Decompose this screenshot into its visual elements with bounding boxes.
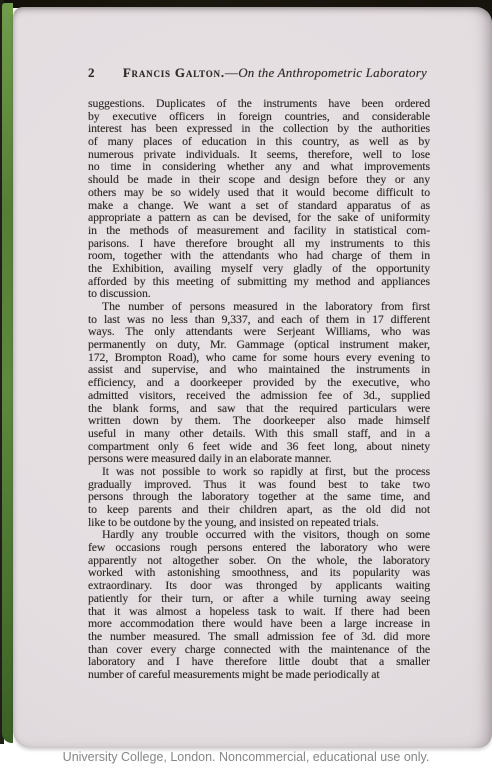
text-line: permanently on duty, Mr. Gammage (optica…: [88, 338, 430, 351]
text-line: suggestions. Duplicates of the instrumen…: [88, 97, 430, 110]
paragraph: The number of persons measured in the la…: [88, 300, 430, 465]
text-line: the Exhibition, availing myself very gla…: [88, 262, 430, 275]
book-cover-green-edge: [2, 3, 13, 743]
text-line: It was not possible to work so rapidly a…: [88, 465, 430, 478]
text-line: should be made in their scope and design…: [88, 173, 430, 186]
paragraph: Hardly any trouble occurred with the vis…: [88, 528, 430, 680]
text-line: extraordinary. Its door was thronged by …: [88, 579, 430, 592]
text-line: useful in many other details. With this …: [88, 427, 430, 440]
attribution-caption: University College, London. Noncommercia…: [0, 750, 492, 764]
text-line: appropriate a pattern as can be devised,…: [88, 211, 430, 224]
text-line: number of careful measurements might be …: [88, 668, 430, 681]
text-line: The number of persons measured in the la…: [88, 300, 430, 313]
header-dash: —: [225, 65, 238, 80]
author-name: Francis Galton.: [123, 65, 225, 80]
text-line: the number measured. The small admission…: [88, 630, 430, 643]
text-line: few occasions rough persons entered the …: [88, 541, 430, 554]
body-text: suggestions. Duplicates of the instrumen…: [88, 97, 430, 681]
page-number: 2: [88, 65, 95, 81]
text-line: in the methods of measurement and facili…: [88, 224, 430, 237]
running-header-text: Francis Galton.—On the Anthropometric La…: [123, 65, 427, 81]
text-line: of many places of education in this coun…: [88, 135, 430, 148]
paragraph: suggestions. Duplicates of the instrumen…: [88, 97, 430, 300]
paragraph: It was not possible to work so rapidly a…: [88, 465, 430, 528]
book-page: 2 Francis Galton.—On the Anthropometric …: [13, 7, 492, 748]
work-title: On the Anthropometric Laboratory: [238, 65, 427, 80]
running-header: 2 Francis Galton.—On the Anthropometric …: [13, 65, 492, 81]
text-line: patiently for their turn, or after a whi…: [88, 592, 430, 605]
text-line: efficiency, and a doorkeeper provided by…: [88, 376, 430, 389]
text-line: more accommodation there would have been…: [88, 617, 430, 630]
text-line: admitted visitors, received the admissio…: [88, 389, 430, 402]
text-line: written down by them. The doorkeeper als…: [88, 414, 430, 427]
text-line: to keep parents and their children apart…: [88, 503, 430, 516]
scanned-book-photo: 2 Francis Galton.—On the Anthropometric …: [0, 0, 492, 769]
text-line: others may be so widely used that it wou…: [88, 186, 430, 199]
